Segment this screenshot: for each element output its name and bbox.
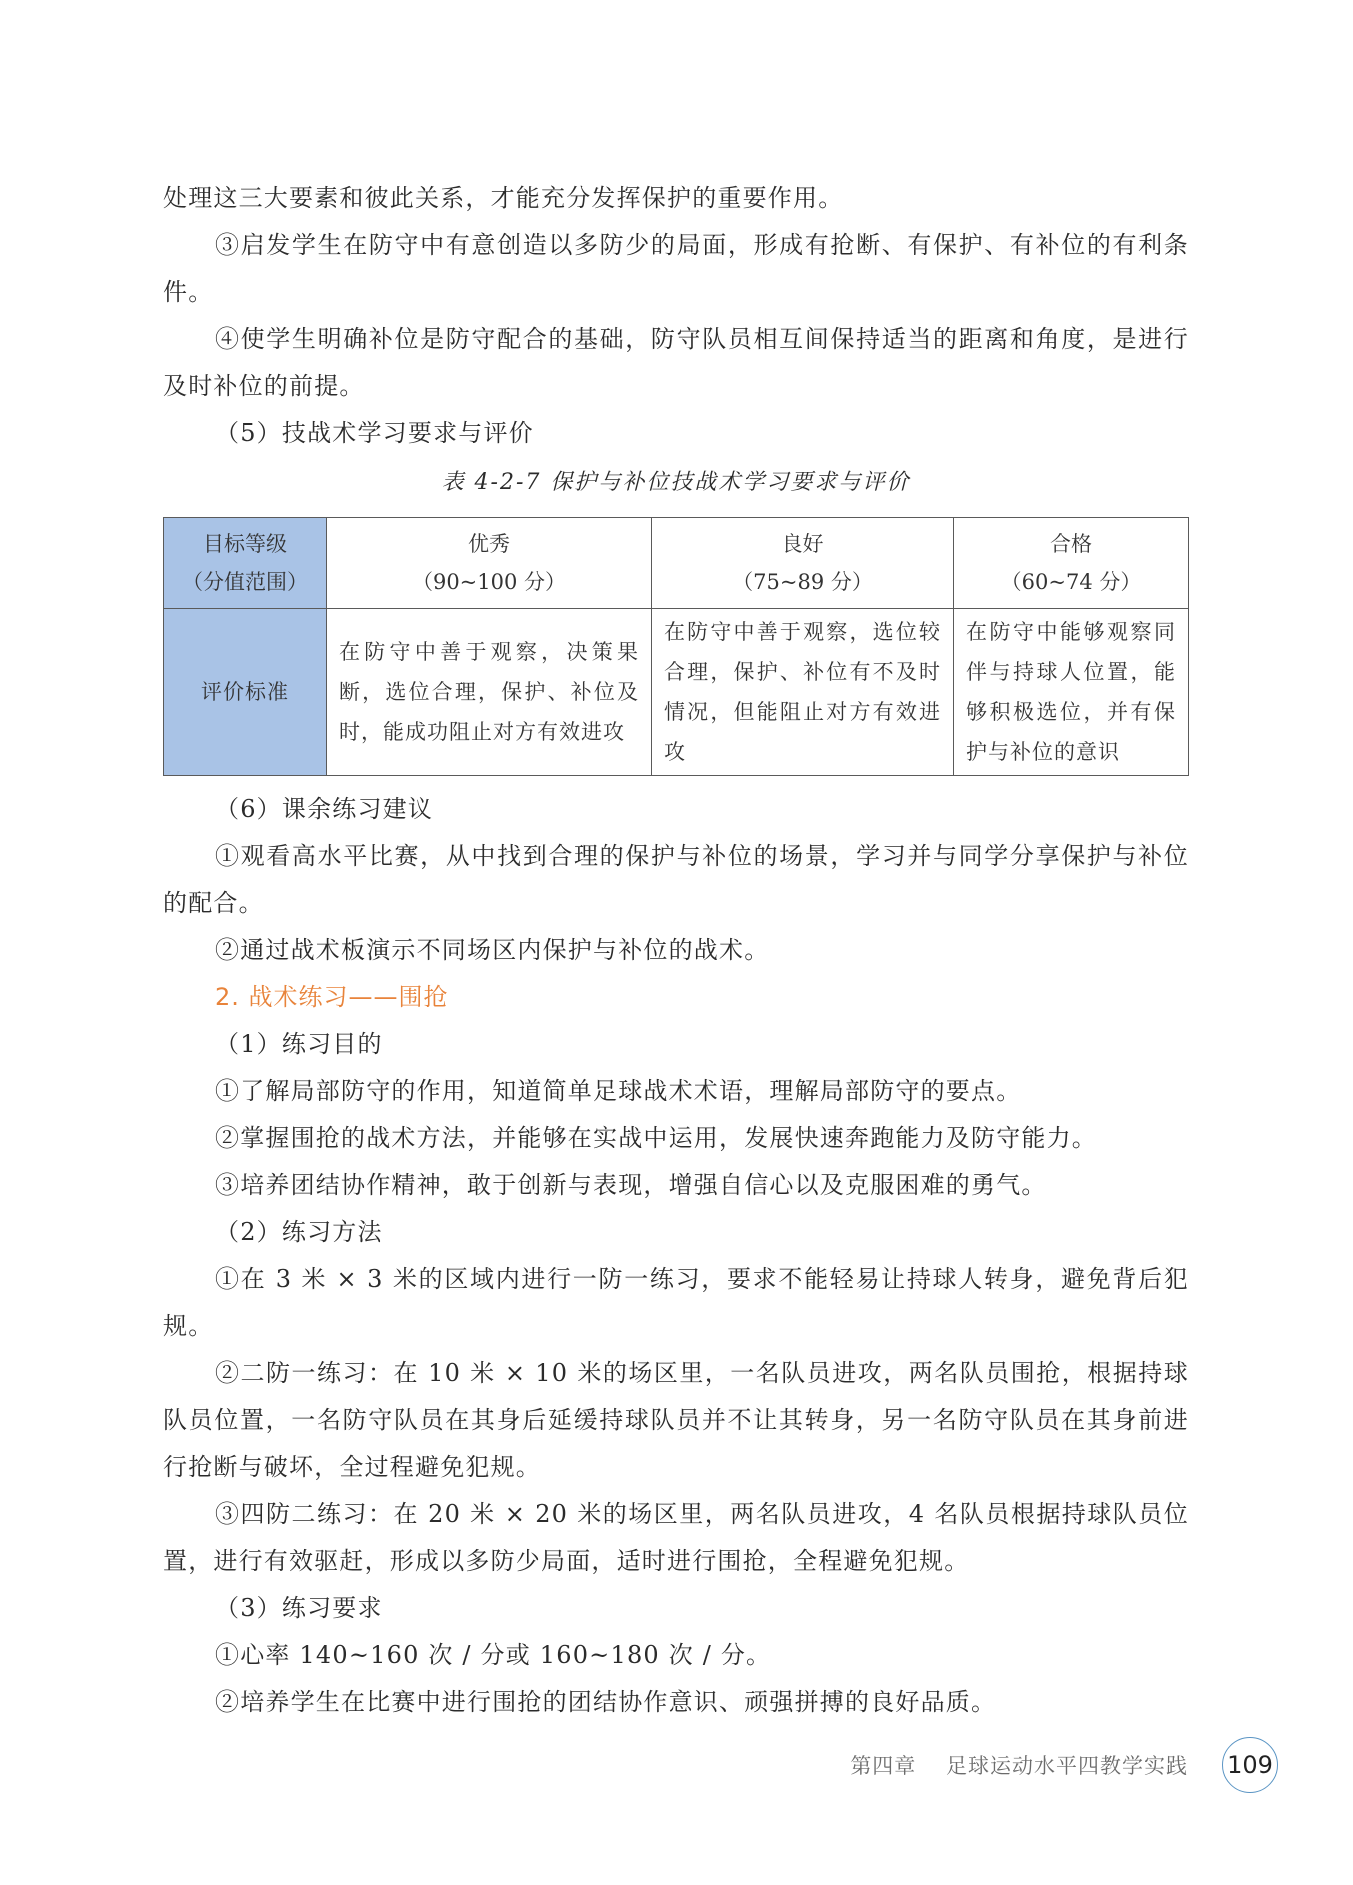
criteria-excellent: 在防守中善于观察，决策果断，选位合理，保护、补位及时，能成功阻止对方有效进攻 [327,609,652,776]
chapter-running-title: 第四章 足球运动水平四教学实践 [850,1750,1188,1780]
purpose-title: （1）练习目的 [163,1021,1189,1068]
requirements-title: （3）练习要求 [163,1585,1189,1632]
criteria-pass: 在防守中能够观察同伴与持球人位置，能够积极选位，并有保护与补位的意识 [954,609,1189,776]
list-item: ③四防二练习：在 20 米 × 20 米的场区里，两名队员进攻，4 名队员根据持… [163,1491,1189,1585]
list-item: ①观看高水平比赛，从中找到合理的保护与补位的场景，学习并与同学分享保护与补位的配… [163,833,1189,927]
list-item: ③培养团结协作精神，敢于创新与表现，增强自信心以及克服困难的勇气。 [163,1162,1189,1209]
table-label-cell-criteria: 评价标准 [164,609,327,776]
label-grade: 目标等级 [164,525,326,563]
grade-range: （90~100 分） [328,563,650,601]
grade-range: （60~74 分） [955,563,1187,601]
list-item: ①心率 140~160 次 / 分或 160~180 次 / 分。 [163,1632,1189,1679]
list-item: ②通过战术板演示不同场区内保护与补位的战术。 [163,927,1189,974]
table-header-row: 目标等级 （分值范围） 优秀 （90~100 分） 良好 （75~89 分） 合… [164,518,1189,609]
section-5-title: （5）技战术学习要求与评价 [163,410,1189,457]
list-item: ②培养学生在比赛中进行围抢的团结协作意识、顽强拼搏的良好品质。 [163,1679,1189,1726]
evaluation-table: 目标等级 （分值范围） 优秀 （90~100 分） 良好 （75~89 分） 合… [163,517,1189,776]
page-number: 109 [1227,1751,1273,1779]
list-item: ②二防一练习：在 10 米 × 10 米的场区里，一名队员进攻，两名队员围抢，根… [163,1350,1189,1491]
list-item: ①在 3 米 × 3 米的区域内进行一防一练习，要求不能轻易让持球人转身，避免背… [163,1256,1189,1350]
list-item: ②掌握围抢的战术方法，并能够在实战中运用，发展快速奔跑能力及防守能力。 [163,1115,1189,1162]
table-header-excellent: 优秀 （90~100 分） [327,518,652,609]
grade-name: 合格 [955,525,1187,563]
list-item-4: ④使学生明确补位是防守配合的基础，防守队员相互间保持适当的距离和角度，是进行及时… [163,316,1189,410]
table-caption: 表 4-2-7 保护与补位技战术学习要求与评价 [163,463,1189,503]
page-content: 处理这三大要素和彼此关系，才能充分发挥保护的重要作用。 ③启发学生在防守中有意创… [163,175,1189,1726]
table-label-cell-grade: 目标等级 （分值范围） [164,518,327,609]
table-header-good: 良好 （75~89 分） [652,518,954,609]
table-criteria-row: 评价标准 在防守中善于观察，决策果断，选位合理，保护、补位及时，能成功阻止对方有… [164,609,1189,776]
grade-name: 良好 [653,525,952,563]
table-header-pass: 合格 （60~74 分） [954,518,1189,609]
paragraph-continuation: 处理这三大要素和彼此关系，才能充分发挥保护的重要作用。 [163,175,1189,222]
criteria-good: 在防守中善于观察，选位较合理，保护、补位有不及时情况，但能阻止对方有效进攻 [652,609,954,776]
section-heading-part-2: 2. 战术练习——围抢 [163,974,1189,1021]
page-number-badge: 109 [1222,1737,1278,1793]
method-title: （2）练习方法 [163,1209,1189,1256]
grade-name: 优秀 [328,525,650,563]
list-item-3: ③启发学生在防守中有意创造以多防少的局面，形成有抢断、有保护、有补位的有利条件。 [163,222,1189,316]
label-score-range: （分值范围） [164,563,326,601]
list-item: ①了解局部防守的作用，知道简单足球战术术语，理解局部防守的要点。 [163,1068,1189,1115]
grade-range: （75~89 分） [653,563,952,601]
section-6-title: （6）课余练习建议 [163,786,1189,833]
page-footer: 第四章 足球运动水平四教学实践 109 [840,1740,1280,1790]
